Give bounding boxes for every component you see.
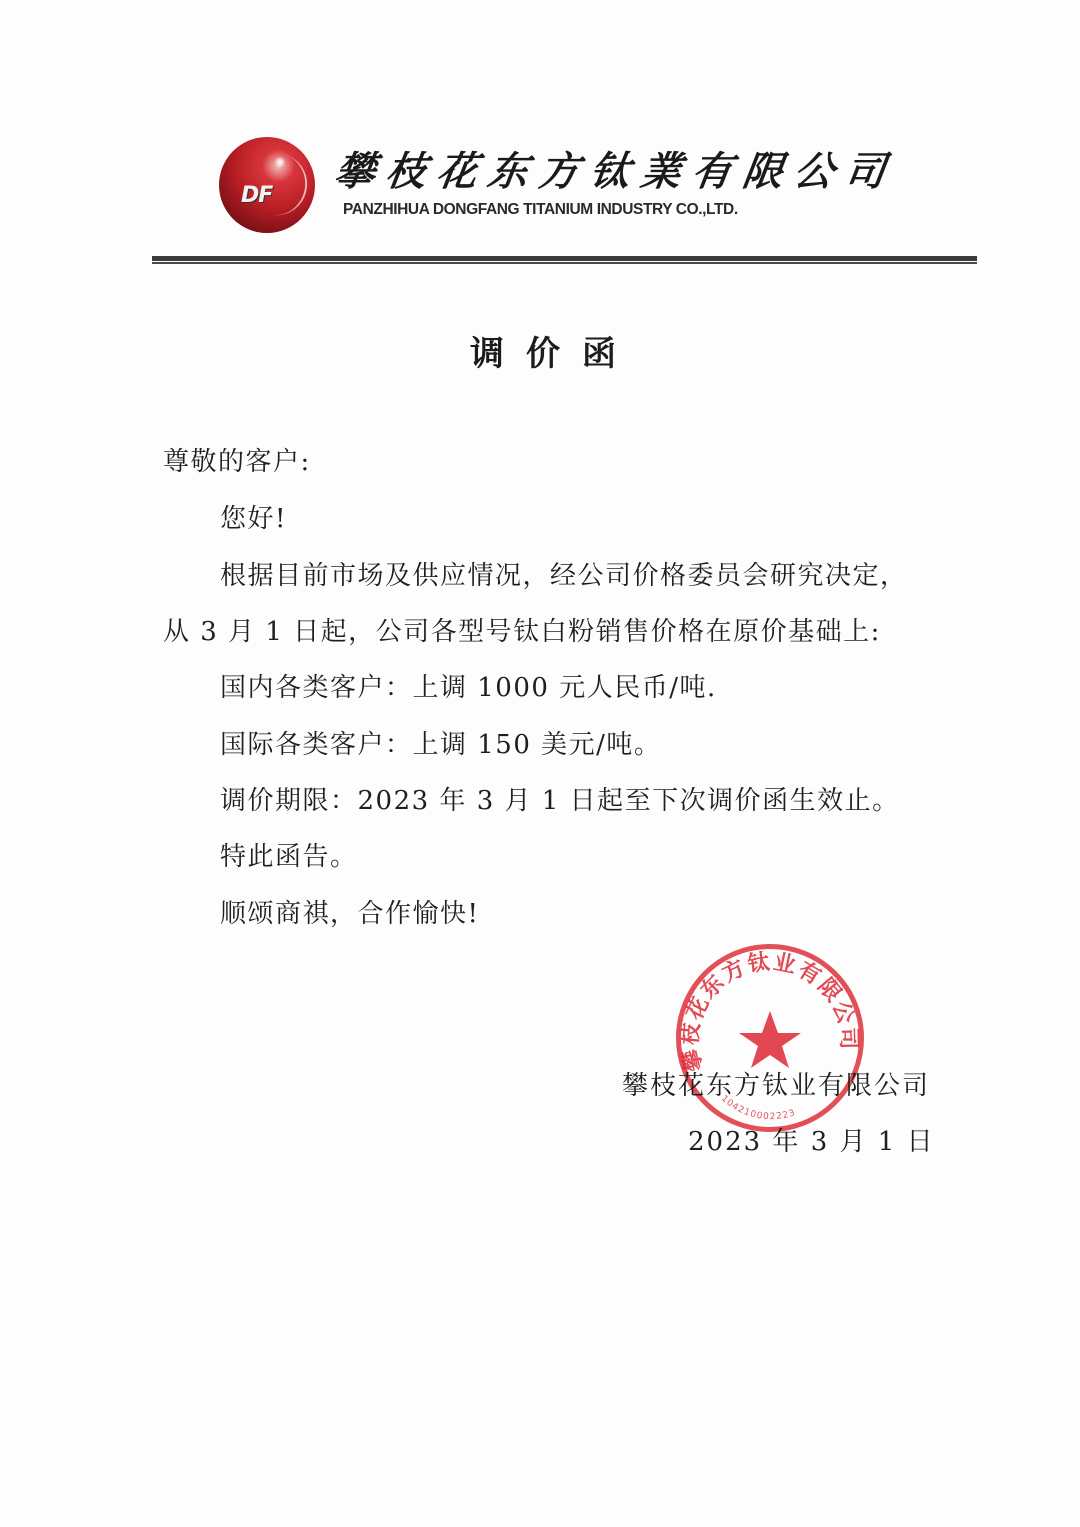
domestic-price-line: 国内各类客户：上调 1000 元人民币/吨. bbox=[220, 672, 717, 704]
header-divider bbox=[152, 256, 977, 261]
logo-mark: DF bbox=[241, 183, 272, 208]
body-paragraph: 从 3 月 1 日起，公司各型号钛白粉销售价格在原价基础上: bbox=[163, 616, 881, 648]
closing-line: 顺颂商祺，合作愉快! bbox=[220, 898, 479, 930]
notice-line: 特此函告。 bbox=[220, 841, 358, 873]
document-title: 调价函 bbox=[0, 326, 1080, 375]
header-divider-thin bbox=[152, 262, 977, 264]
salutation: 尊敬的客户: bbox=[163, 446, 311, 478]
seal-star-icon bbox=[739, 1011, 801, 1068]
validity-line: 调价期限：2023 年 3 月 1 日起至下次调价函生效止。 bbox=[220, 785, 900, 817]
international-price-line: 国际各类客户：上调 150 美元/吨。 bbox=[220, 729, 661, 761]
company-name-en: PANZHIHUA DONGFANG TITANIUM INDUSTRY CO.… bbox=[343, 201, 738, 219]
greeting: 您好! bbox=[220, 503, 287, 535]
body-paragraph: 根据目前市场及供应情况，经公司价格委员会研究决定， bbox=[220, 560, 908, 592]
company-seal: 攀枝花东方钛业有限公司 104210002223 bbox=[676, 944, 864, 1132]
company-logo: DF bbox=[219, 137, 315, 233]
logo-arc-icon bbox=[267, 153, 311, 219]
logo-spark-icon bbox=[275, 157, 285, 167]
company-name-cn: 攀枝花东方钛業有限公司 bbox=[332, 148, 900, 196]
signature-company: 攀枝花东方钛业有限公司 bbox=[622, 1070, 930, 1102]
signature-date: 2023 年 3 月 1 日 bbox=[688, 1126, 935, 1158]
